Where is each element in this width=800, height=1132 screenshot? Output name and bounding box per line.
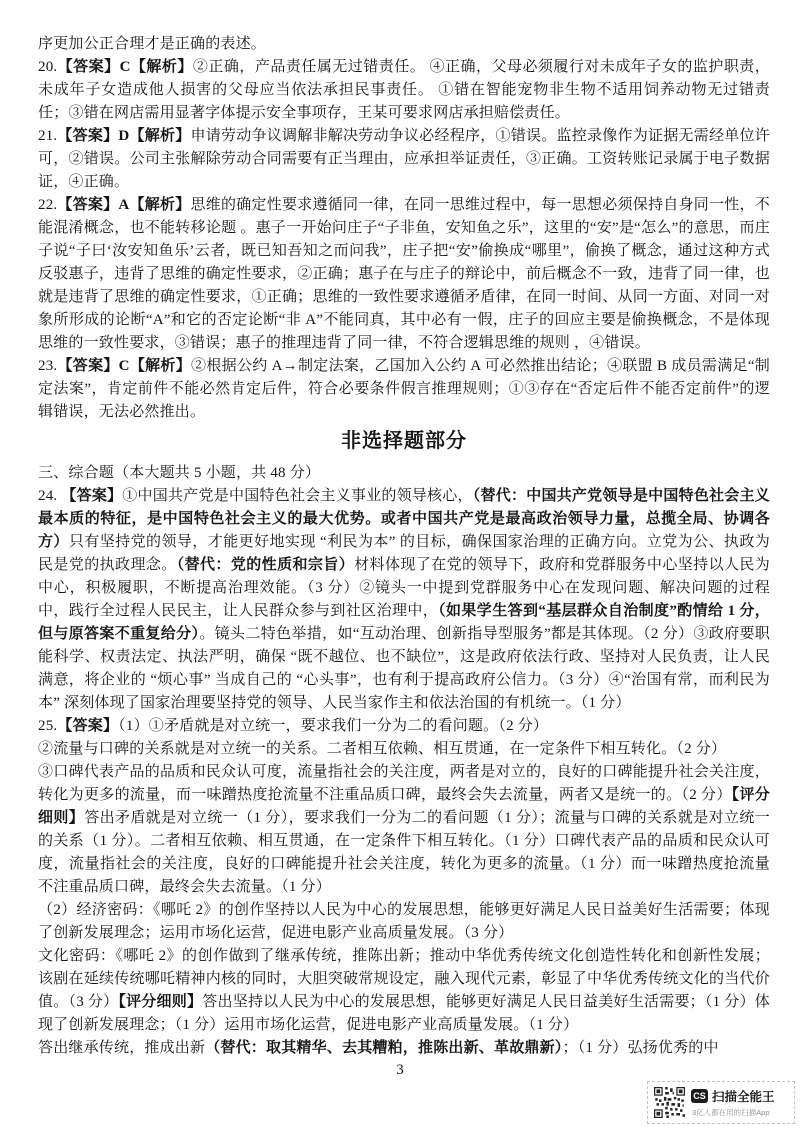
- answer-item-20: 20.【答案】C【解析】②正确，产品责任属无过错责任。 ④正确，父母必须履行对未…: [38, 56, 770, 125]
- bold-text-segment: （替代：取其精华、去其糟粕，推陈出新、革故鼎新）: [205, 1040, 562, 1056]
- answer-item-22: 22.【答案】A【解析】思维的确定性要求遵循同一律，在同一思维过程中，每一思想必…: [38, 194, 770, 355]
- watermark-subtitle: 3亿人都在用的扫描App: [692, 1107, 775, 1118]
- text-segment: 20.: [38, 59, 57, 75]
- answer-item-25-part2: ②流量与口碑的关系就是对立统一的关系。二者相互依赖、相互贯通，在一定条件下相互转…: [38, 738, 770, 761]
- qr-code-icon: [654, 1087, 685, 1118]
- answer-item-24: 24. 【答案】①中国共产党是中国特色社会主义事业的领导核心，（替代：中国共产党…: [38, 485, 770, 715]
- text-segment: 答出矛盾就是对立统一（1 分），要求我们一分为二的看问题（1 分）；流量与口碑的…: [38, 810, 770, 895]
- text-segment: 三、综合题（本大题共 5 小题，共 48 分）: [38, 465, 320, 481]
- answer-item-25-part1: 25.【答案】（1）①矛盾就是对立统一，要求我们一分为二的看问题。（2 分）: [38, 715, 770, 738]
- bold-text-segment: （替代：党的性质和宗旨）: [177, 557, 354, 573]
- bold-text-segment: 【答案】C【解析】: [57, 358, 191, 374]
- text-segment: 24.: [38, 488, 61, 504]
- text-segment: 22.: [38, 197, 57, 213]
- bold-text-segment: 【答案】: [57, 718, 118, 734]
- bold-text-segment: 【答案】: [61, 488, 122, 504]
- watermark-text-block: CS 扫描全能王 3亿人都在用的扫描App: [691, 1087, 775, 1118]
- bold-text-segment: 【答案】C【解析】: [57, 59, 193, 75]
- section-heading: 非选择题部分: [38, 428, 770, 455]
- answer-item-21: 21.【答案】D【解析】申请劳动争议调解非解决劳动争议必经程序，①错误。监控录像…: [38, 125, 770, 194]
- text-segment: 25.: [38, 718, 57, 734]
- text-segment: ①中国共产党是中国特色社会主义事业的领导核心，: [122, 488, 472, 504]
- answer-item-23: 23.【答案】C【解析】②根据公约 A→制定法案，乙国加入公约 A 可必然推出结…: [38, 355, 770, 424]
- document-content: 序更加公正合理才是正确的表述。20.【答案】C【解析】②正确，产品责任属无过错责…: [38, 33, 770, 1060]
- continuation-line: 序更加公正合理才是正确的表述。: [38, 33, 770, 56]
- bold-text-segment: 非选择题部分: [341, 430, 467, 452]
- camscanner-watermark: CS 扫描全能王 3亿人都在用的扫描App: [647, 1081, 795, 1124]
- text-segment: （2）经济密码：《哪吒 2》的创作坚持以人民为中心的发展思想，能够更好满足人民日…: [38, 902, 770, 941]
- watermark-title: 扫描全能王: [712, 1087, 775, 1105]
- answer-item-25-part6: 答出继承传统，推成出新（替代：取其精华、去其糟粕，推陈出新、革故鼎新）；（1 分…: [38, 1037, 770, 1060]
- text-segment: ③口碑代表产品的品质和民众认可度，流量指社会的关注度，两者是对立的，良好的口碑能…: [38, 764, 770, 803]
- answer-item-25-part3: ③口碑代表产品的品质和民众认可度，流量指社会的关注度，两者是对立的，良好的口碑能…: [38, 761, 770, 899]
- section-intro: 三、综合题（本大题共 5 小题，共 48 分）: [38, 462, 770, 485]
- bold-text-segment: 【答案】A【解析】: [57, 197, 190, 213]
- text-segment: 21.: [38, 128, 57, 144]
- page-number: 3: [0, 1062, 800, 1079]
- text-segment: 答出继承传统，推成出新: [38, 1040, 205, 1056]
- text-segment: （1）①矛盾就是对立统一，要求我们一分为二的看问题。（2 分）: [118, 718, 548, 734]
- answer-item-25-part5: 文化密码：《哪吒 2》的创作做到了继承传统，推陈出新；推动中华优秀传统文化创造性…: [38, 945, 770, 1037]
- bold-text-segment: 【评分细则】: [118, 994, 202, 1010]
- bold-text-segment: 【答案】D【解析】: [57, 128, 190, 144]
- answer-item-25-part4: （2）经济密码：《哪吒 2》的创作坚持以人民为中心的发展思想，能够更好满足人民日…: [38, 899, 770, 945]
- camscanner-logo-icon: CS: [691, 1089, 708, 1103]
- scanned-document-page: 序更加公正合理才是正确的表述。20.【答案】C【解析】②正确，产品责任属无过错责…: [0, 0, 800, 1132]
- text-segment: ；（1 分）弘扬优秀的中: [563, 1040, 719, 1056]
- text-segment: 23.: [38, 358, 57, 374]
- text-segment: ②流量与口碑的关系就是对立统一的关系。二者相互依赖、相互贯通，在一定条件下相互转…: [38, 741, 726, 757]
- text-segment: 序更加公正合理才是正确的表述。: [38, 36, 266, 52]
- text-segment: 思维的确定性要求遵循同一律，在同一思维过程中，每一思想必须保持自身同一性，不能混…: [38, 197, 770, 351]
